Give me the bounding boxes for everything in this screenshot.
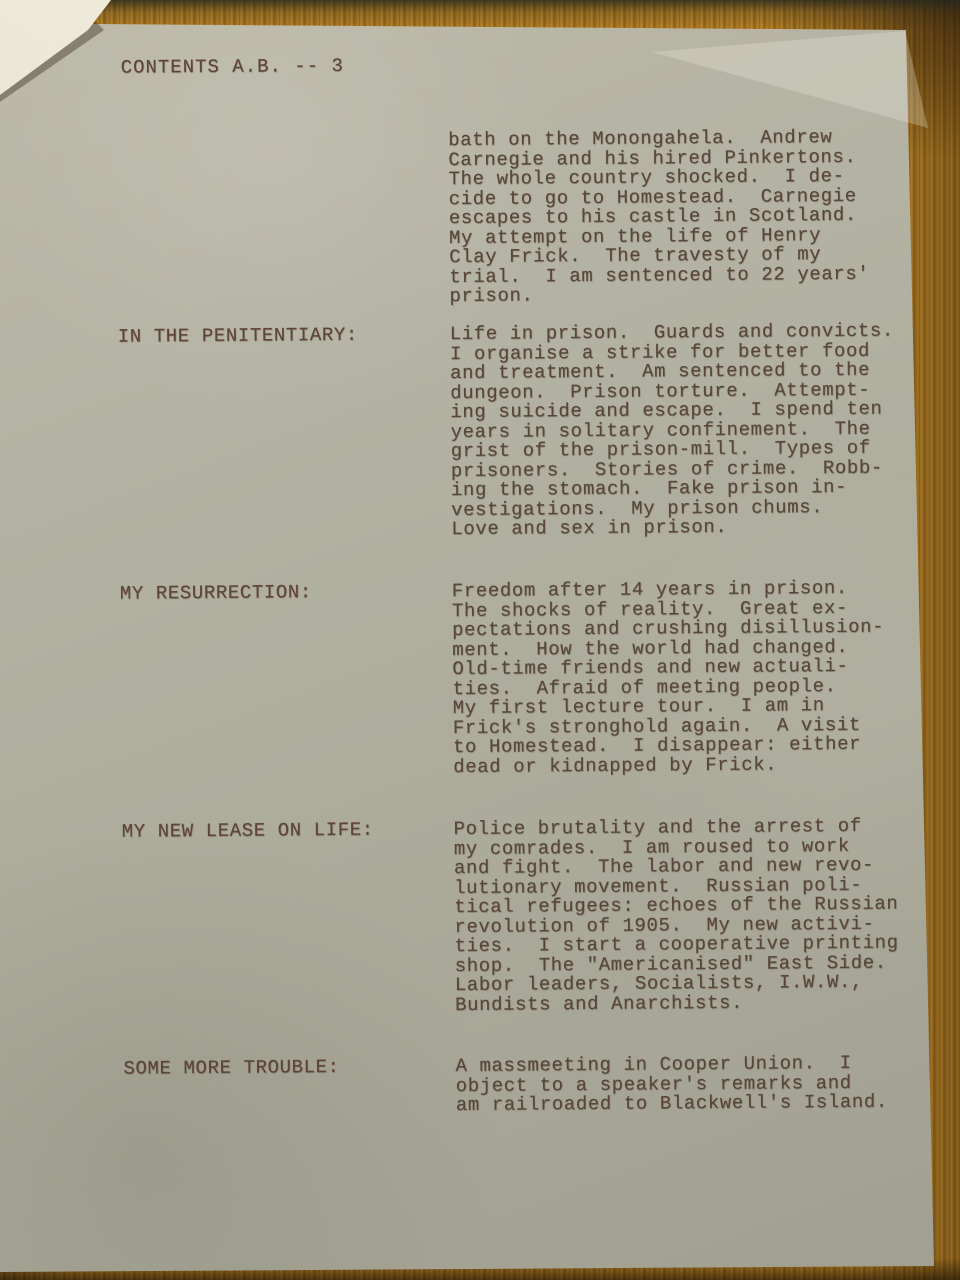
photo-of-typed-page: CONTENTS A.B. -- 3 bath on the Monongahe…	[0, 0, 960, 1280]
section-heading: SOME MORE TROUBLE:	[123, 1058, 339, 1079]
typewritten-content: CONTENTS A.B. -- 3 bath on the Monongahe…	[0, 0, 960, 1280]
toc-section-intro: bath on the Monongahela. Andrew Carnegie…	[0, 127, 957, 213]
section-body: Life in prison. Guards and convicts. I o…	[450, 322, 896, 540]
toc-section-new-lease: MY NEW LEASE ON LIFE: Police brutality a…	[2, 816, 960, 902]
section-body: Freedom after 14 years in prison. The sh…	[452, 579, 886, 777]
toc-section-more-trouble: SOME MORE TROUBLE: A massmeeting in Coop…	[3, 1053, 960, 1139]
section-heading: IN THE PENITENTIARY:	[118, 326, 358, 347]
page-header: CONTENTS A.B. -- 3	[121, 57, 344, 78]
section-body: bath on the Monongahela. Andrew Carnegie…	[448, 128, 869, 307]
section-body: A massmeeting in Cooper Union. I object …	[455, 1054, 888, 1116]
section-heading: MY RESURRECTION:	[120, 583, 312, 604]
section-body: Police brutality and the arrest of my co…	[454, 817, 900, 1015]
section-heading: MY NEW LEASE ON LIFE:	[122, 821, 374, 842]
toc-section-penitentiary: IN THE PENITENTIARY: Life in prison. Gua…	[0, 321, 958, 407]
toc-section-resurrection: MY RESURRECTION: Freedom after 14 years …	[0, 578, 960, 664]
